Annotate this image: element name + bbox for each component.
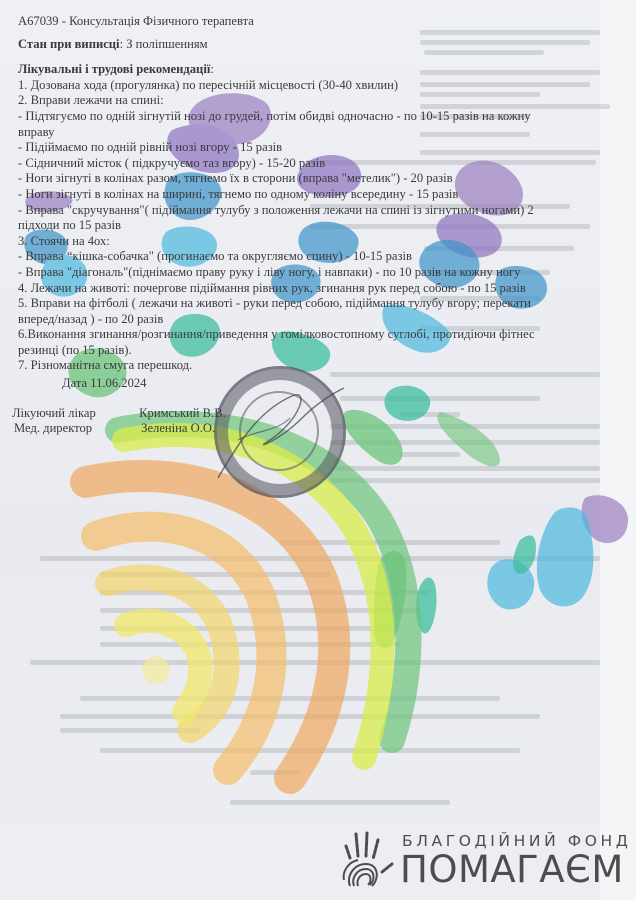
document-header: А67039 - Консультація Фізичного терапевт… (18, 14, 578, 30)
signature-name: Кримський В.В. (139, 406, 226, 420)
date-label: Дата (62, 376, 87, 390)
recommendation-line: - Вправа “кішка-собачка" (прогинаємо та … (18, 249, 578, 265)
recommendation-line: 5. Вправи на фітболі ( лежачи на животі … (18, 296, 578, 312)
recommendation-line: резинці (по 15 разів). (18, 343, 578, 359)
recommendations-title-colon: : (210, 62, 214, 76)
recommendation-line: - Вправа "скручування"( підіймання тулуб… (18, 203, 578, 219)
signature-role: Лікуючий лікар (12, 406, 136, 421)
recommendation-line: підходи по 15 разів (18, 218, 578, 234)
recommendation-line: вправу (18, 125, 578, 141)
recommendation-line: - Підтягуємо по одній зігнутій нозі до г… (18, 109, 578, 125)
discharge-document: А67039 - Консультація Фізичного терапевт… (18, 14, 578, 374)
recommendation-line: - Вправа "діагональ"(піднімаємо праву ру… (18, 265, 578, 281)
document-date: Дата 11.06.2024 (62, 376, 146, 391)
recommendation-line: - Підіймаємо по одній рівній нозі вгору … (18, 140, 578, 156)
signature-row-doctor: Лікуючий лікар Кримський В.В. (12, 406, 226, 421)
recommendation-line: 1. Дозована хода (прогулянка) по пересіч… (18, 78, 578, 94)
recommendation-line: 3. Стоячи на 4ох: (18, 234, 578, 250)
recommendation-line: - Ноги зігнуті в колінах на ширині, тягн… (18, 187, 578, 203)
signature-name: Зеленіна О.О. (141, 421, 215, 435)
recommendation-line: 2. Вправи лежачи на спині: (18, 93, 578, 109)
recommendation-line: 6.Виконання згинання/розгинання/приведен… (18, 327, 578, 343)
recommendation-line: 7. Різноманітна смуга перешкод. (18, 358, 578, 374)
hand-print-icon (336, 828, 396, 892)
recommendations-list: 1. Дозована хода (прогулянка) по пересіч… (18, 78, 578, 374)
date-value: 11.06.2024 (90, 376, 146, 390)
recommendation-line: - Ноги зігнуті в колінах разом, тягнемо … (18, 171, 578, 187)
recommendations-heading: Лікувальні і трудові рекомендації: (18, 62, 578, 78)
discharge-state-label: Стан при виписці (18, 37, 120, 51)
charity-logo: БЛАГОДІЙНИЙ ФОНД ПОМАГАЄМ (336, 828, 632, 896)
recommendations-title: Лікувальні і трудові рекомендації (18, 62, 210, 76)
recommendation-line: 4. Лежачи на животі: почергове підійманн… (18, 281, 578, 297)
discharge-state: Стан при виписці: З поліпшенням (18, 37, 578, 53)
signature-row-director: Мед. директор Зеленіна О.О. (14, 421, 215, 436)
discharge-state-value: : З поліпшенням (120, 37, 208, 51)
recommendation-line: - Сідничний місток ( підкручуємо таз вго… (18, 156, 578, 172)
charity-name: ПОМАГАЄМ (400, 848, 624, 892)
recommendation-line: вперед/назад ) - по 20 разів (18, 312, 578, 328)
signature-role: Мед. директор (14, 421, 138, 436)
